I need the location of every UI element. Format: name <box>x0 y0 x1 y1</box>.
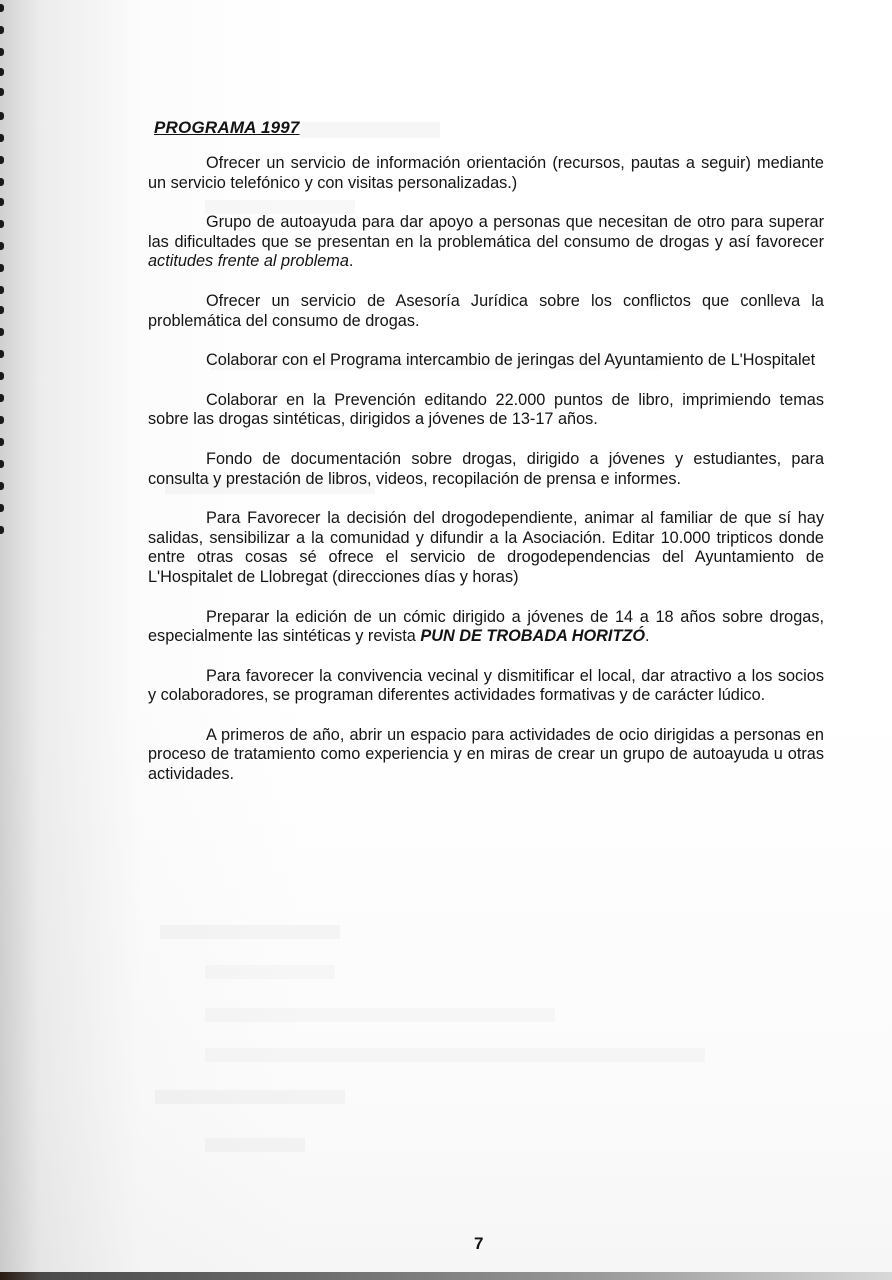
paragraph-text: Grupo de autoayuda para dar apoyo a pers… <box>148 213 824 251</box>
paragraph-comic-magazine: Preparar la edición de un cómic dirigido… <box>148 608 824 647</box>
binding-hole <box>0 460 4 468</box>
binding-hole <box>0 68 4 76</box>
binding-hole <box>0 526 4 534</box>
binding-hole <box>0 48 4 56</box>
bleed-through-text <box>205 965 335 979</box>
bleed-through-text <box>160 925 340 939</box>
bleed-through-text <box>205 1048 705 1062</box>
paragraph-information-service: Ofrecer un servicio de información orien… <box>148 154 824 193</box>
binding-hole <box>0 88 4 96</box>
bleed-through-text <box>205 1138 305 1152</box>
paragraph-leisure-space: A primeros de año, abrir un espacio para… <box>148 726 824 785</box>
binding-hole <box>0 134 4 142</box>
binding-hole <box>0 198 4 206</box>
paragraph-neighborhood-activities: Para favorecer la convivencia vecinal y … <box>148 667 824 706</box>
binding-hole <box>0 112 4 120</box>
paragraph-text: . <box>645 627 650 645</box>
binding-hole <box>0 372 4 380</box>
binding-hole <box>0 504 4 512</box>
paragraph-documentation-fund: Fondo de documentación sobre drogas, dir… <box>148 450 824 489</box>
binding-hole <box>0 156 4 164</box>
bleed-through-text <box>155 1090 345 1104</box>
binding-hole <box>0 328 4 336</box>
binding-hole <box>0 26 4 34</box>
scan-edge-strip <box>0 1272 892 1280</box>
binding-holes <box>0 0 8 1280</box>
binding-hole <box>0 394 4 402</box>
binding-hole <box>0 438 4 446</box>
binding-hole <box>0 350 4 358</box>
binding-hole <box>0 264 4 272</box>
paragraph-prevention-bookmarks: Colaborar en la Prevención editando 22.0… <box>148 391 824 430</box>
document-title: PROGRAMA 1997 <box>154 118 824 138</box>
binding-hole <box>0 306 4 314</box>
binding-hole <box>0 416 4 424</box>
binding-hole <box>0 220 4 228</box>
paragraph-self-help-group: Grupo de autoayuda para dar apoyo a pers… <box>148 213 824 272</box>
paragraph-emphasis: actitudes frente al problema <box>148 252 349 270</box>
binding-hole <box>0 242 4 250</box>
paragraph-text: . <box>349 252 354 270</box>
magazine-title: PUN DE TROBADA HORITZÓ <box>420 627 645 645</box>
binding-hole <box>0 286 4 294</box>
binding-hole <box>0 4 4 12</box>
bleed-through-text <box>205 1008 555 1022</box>
page-number: 7 <box>474 1234 483 1254</box>
paragraph-legal-advice: Ofrecer un servicio de Asesoría Jurídica… <box>148 292 824 331</box>
binding-hole <box>0 178 4 186</box>
paragraph-leaflets: Para Favorecer la decisión del drogodepe… <box>148 509 824 587</box>
paragraph-syringe-exchange: Colaborar con el Programa intercambio de… <box>148 351 824 371</box>
binding-hole <box>0 482 4 490</box>
document-body: PROGRAMA 1997 Ofrecer un servicio de inf… <box>148 118 824 805</box>
